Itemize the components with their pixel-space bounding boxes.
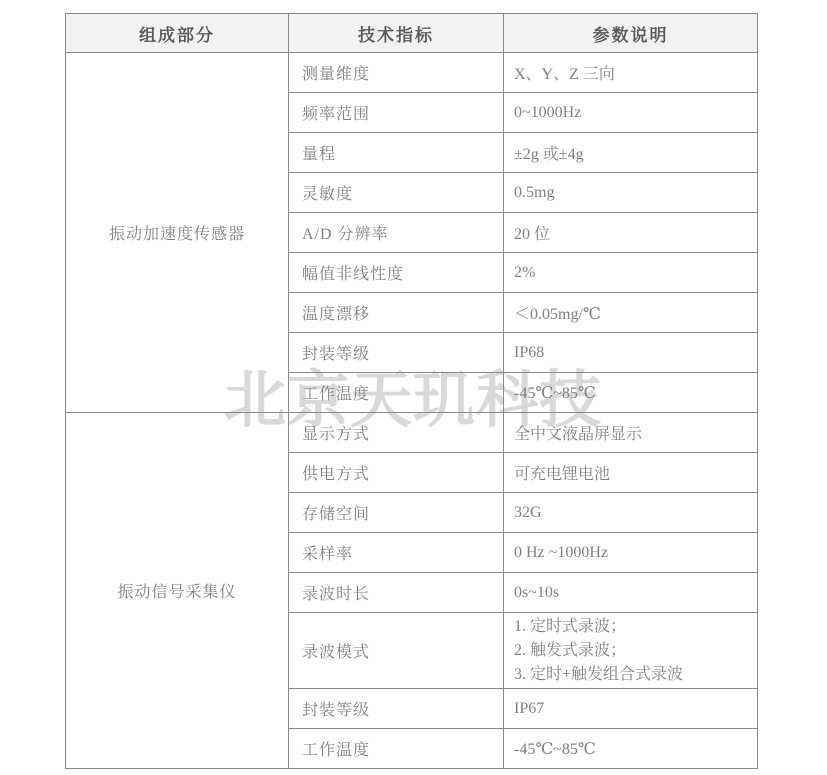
group1-component-cell: 振动加速度传感器 bbox=[66, 53, 289, 413]
indicator-cell: 供电方式 bbox=[289, 453, 504, 493]
col-header-parameter: 参数说明 bbox=[504, 14, 758, 53]
value-cell: IP68 bbox=[504, 333, 758, 373]
indicator-cell: 采样率 bbox=[289, 533, 504, 573]
value-cell: -45℃~85℃ bbox=[504, 373, 758, 413]
value-cell: 0.5mg bbox=[504, 173, 758, 213]
indicator-cell: 幅值非线性度 bbox=[289, 253, 504, 293]
value-cell: 1. 定时式录波； 2. 触发式录波； 3. 定时+触发组合式录波 bbox=[504, 613, 758, 689]
indicator-cell: A/D 分辨率 bbox=[289, 213, 504, 253]
header-row: 组成部分 技术指标 参数说明 bbox=[66, 14, 758, 53]
col-header-indicator: 技术指标 bbox=[289, 14, 504, 53]
value-cell: ±2g 或±4g bbox=[504, 133, 758, 173]
value-cell: ＜0.05mg/℃ bbox=[504, 293, 758, 333]
indicator-cell: 工作温度 bbox=[289, 373, 504, 413]
indicator-cell: 工作温度 bbox=[289, 729, 504, 769]
indicator-cell: 量程 bbox=[289, 133, 504, 173]
indicator-cell: 灵敏度 bbox=[289, 173, 504, 213]
indicator-cell: 封装等级 bbox=[289, 333, 504, 373]
indicator-cell: 测量维度 bbox=[289, 53, 504, 93]
indicator-cell: 频率范围 bbox=[289, 93, 504, 133]
indicator-cell: 录波时长 bbox=[289, 573, 504, 613]
indicator-cell: 录波模式 bbox=[289, 613, 504, 689]
value-cell: 0~1000Hz bbox=[504, 93, 758, 133]
page: 北京天玑科技 组成部分 技术指标 参数说明 振动加速度传感器 测量维度 X、Y、… bbox=[0, 0, 827, 775]
value-cell: 2% bbox=[504, 253, 758, 293]
col-header-component: 组成部分 bbox=[66, 14, 289, 53]
spec-table: 组成部分 技术指标 参数说明 振动加速度传感器 测量维度 X、Y、Z 三向 频率… bbox=[65, 13, 758, 769]
table-row: 振动信号采集仪 显示方式 全中文液晶屏显示 bbox=[66, 413, 758, 453]
value-cell: 20 位 bbox=[504, 213, 758, 253]
group2-component-cell: 振动信号采集仪 bbox=[66, 413, 289, 769]
indicator-cell: 封装等级 bbox=[289, 689, 504, 729]
value-cell: 0s~10s bbox=[504, 573, 758, 613]
indicator-cell: 存储空间 bbox=[289, 493, 504, 533]
value-cell: 可充电锂电池 bbox=[504, 453, 758, 493]
value-cell: 0 Hz ~1000Hz bbox=[504, 533, 758, 573]
value-cell: -45℃~85℃ bbox=[504, 729, 758, 769]
value-cell: 32G bbox=[504, 493, 758, 533]
value-line: 2. 触发式录波； bbox=[514, 639, 756, 663]
value-line: 1. 定时式录波； bbox=[514, 615, 756, 639]
value-cell: IP67 bbox=[504, 689, 758, 729]
value-line: 3. 定时+触发组合式录波 bbox=[514, 663, 756, 687]
indicator-cell: 温度漂移 bbox=[289, 293, 504, 333]
value-cell: X、Y、Z 三向 bbox=[504, 53, 758, 93]
indicator-cell: 显示方式 bbox=[289, 413, 504, 453]
value-cell: 全中文液晶屏显示 bbox=[504, 413, 758, 453]
table-row: 振动加速度传感器 测量维度 X、Y、Z 三向 bbox=[66, 53, 758, 93]
